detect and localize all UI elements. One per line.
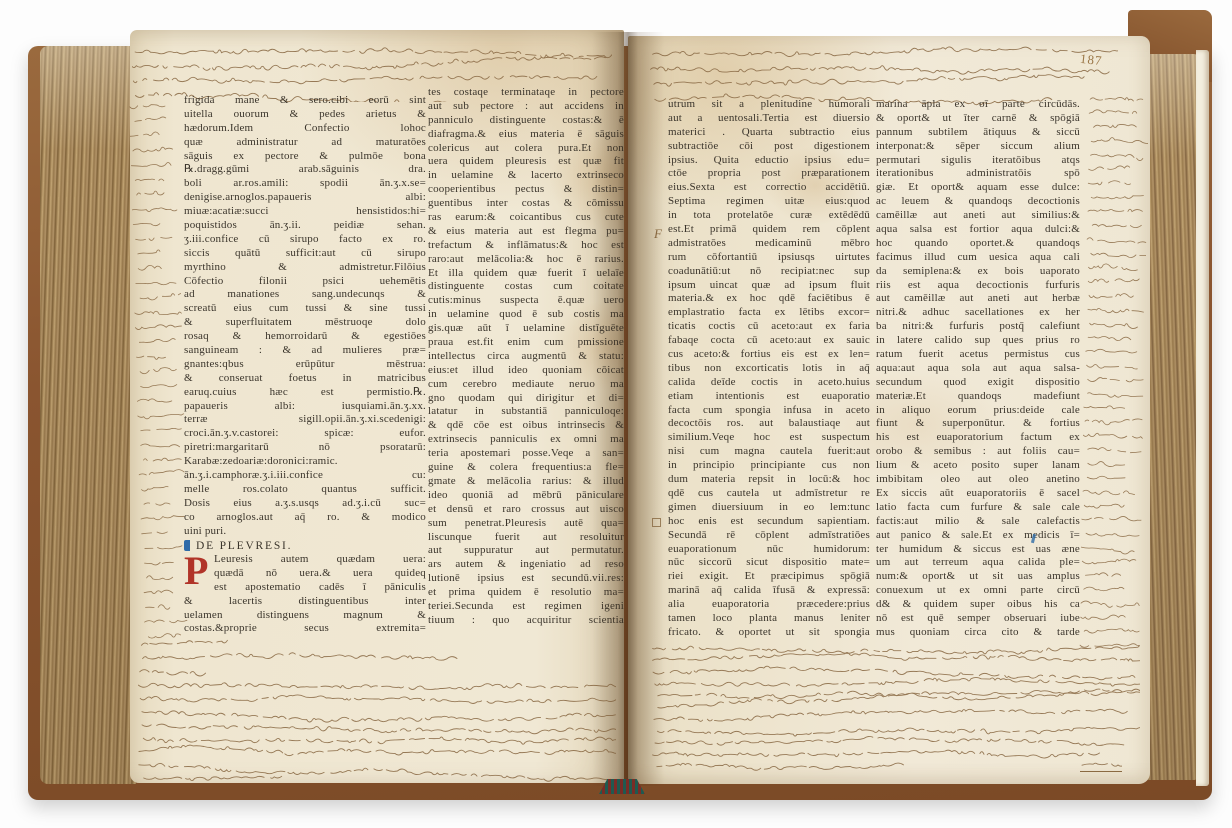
text-line: ba nitri:& furfuris postq̄ calefiunt <box>876 320 1080 334</box>
text-line: co arnoglos.aut aq̄ ro. & modico <box>184 511 426 525</box>
text-line: Dosis eius a.ʒ.s.usqs ad.ʒ.i.cū suc= <box>184 497 426 511</box>
text-line: nō est quē semper obseruari iube <box>876 612 1080 626</box>
text-line: distinguente costas cum coitate <box>428 280 624 294</box>
right-page: 187 utrum sit a plenitudine humoraliaut … <box>628 36 1150 784</box>
text-line: screatū eius cum tussi & sine tussi <box>184 302 426 316</box>
text-line: emplastratio facta ex lētibs excor= <box>668 306 870 320</box>
handwritten-note-top-right <box>650 46 1118 106</box>
margin-letter-mark: F <box>654 226 662 242</box>
red-initial-letter: P <box>184 554 209 583</box>
text-line: admistratōes medicaminū mēbro <box>668 237 870 251</box>
text-line: ipsius. Quita eductio ipsius edu= <box>668 154 870 168</box>
text-line: ter humidum & siccus est uas æne <box>876 543 1080 557</box>
text-line: denigise.arnoglos.papaueris albi: <box>184 191 426 205</box>
text-line: quæ administratur ad maturatōes <box>184 136 426 150</box>
text-line: eius:et illud ideo quoniam cōicat <box>428 364 624 378</box>
text-line: subtractiōe cōi post digestionem <box>668 140 870 154</box>
text-line: gmate & melācolia rarius: & illud <box>428 475 624 489</box>
text-line: alia euaporatoria præcedere:prius <box>668 598 870 612</box>
text-line: & qdē cōe est oibus intrinsecis & <box>428 419 624 433</box>
text-line: uini puri. <box>184 525 426 539</box>
text-line: ipsum uincat quæ ad ipsum fluit <box>668 279 870 293</box>
text-line: rum cōfortantiū ipsiusqs uirtutes <box>668 251 870 265</box>
printed-column-1-left: frigida mane & sero.cibi eorū sintuitell… <box>184 94 426 638</box>
column-text: Leuresis autem quædam uera:quædā nō uera… <box>184 553 426 636</box>
text-line: cum cerebro mediaute neruo ma <box>428 378 624 392</box>
text-line: etiam intentionis est euaporatio <box>668 390 870 404</box>
folio-number: 187 <box>1079 51 1103 69</box>
text-line: teriei.Secunda est regimen igeni <box>428 600 624 614</box>
text-line: nitri.& adhuc sacellationes ex her <box>876 306 1080 320</box>
text-line: factis:aut milio & sale calefactis <box>876 515 1080 529</box>
text-line: teria apostemari posse.Veqe a san= <box>428 447 624 461</box>
text-line: poquistidos ān.ʒ.ii. peidiæ sehan. <box>184 219 426 233</box>
text-line: riei exigit. Et præcipimus spōgiā <box>668 570 870 584</box>
text-line: calida deīde coctis in aceto.huius <box>668 376 870 390</box>
text-line: fabaqe cocta cū aceto:aut ex sauic <box>668 334 870 348</box>
text-line: hoc enis est secundum sapientiam. <box>668 515 870 529</box>
text-line: similium.Veqe hoc est suspectum <box>668 431 870 445</box>
text-line: conuexum ut ex omni parte circū <box>876 584 1080 598</box>
text-line: boli ar.ros.amili: spodii ān.ʒ.x.se= <box>184 177 426 191</box>
text-line: secundum quod exigit dispositio <box>876 376 1080 390</box>
blue-paraph-icon <box>184 540 190 551</box>
text-line: Ex siccis aūt euaporatoriis ē sacel <box>876 487 1080 501</box>
text-line: tamen loco planta manus leniter <box>668 612 870 626</box>
text-line: lutionē ipsius est secundū.vii.res: <box>428 572 624 586</box>
text-line: fiunt & superponūtur. & fortius <box>876 417 1080 431</box>
text-line: uitella ouorum & pedes arietus & <box>184 108 426 122</box>
text-line: tiuum : quo acquiritur scientia <box>428 614 624 628</box>
text-line: num:& oport& ut sit uas amplus <box>876 570 1080 584</box>
text-line: & oport& ut īter carnē & spōgiā <box>876 112 1080 126</box>
text-line: latio facta cum furfure & sale cale <box>876 501 1080 515</box>
text-line: aut sub pectore : aut accidens in <box>428 100 624 114</box>
text-line: frigida mane & sero.cibi eorū sint <box>184 94 426 108</box>
text-line: intellectus circa augmentū & statu: <box>428 350 624 364</box>
text-line: gis.quæ aūt ī uelamine distīguēte <box>428 322 624 336</box>
text-line: tibus non excorticatis lotis in aq̄ <box>668 362 870 376</box>
text-line: lium & aceto posito super lanam <box>876 459 1080 473</box>
text-line: uelamen distinguens magnum & <box>184 609 426 623</box>
text-line: permutari sigulis iteratōibus atqs <box>876 154 1080 168</box>
text-line: hoc quando oportet.& quandoqs <box>876 237 1080 251</box>
text-line: Septima regimen uitæ eius:quod <box>668 195 870 209</box>
text-line: et prima quidem ē resolutio ma= <box>428 586 624 600</box>
page-block-fore-edge-right <box>1146 54 1198 780</box>
text-line: pannum subtilem ātiquus & siccū <box>876 126 1080 140</box>
text-line: latatur in substantiā panniculoqe: <box>428 405 624 419</box>
text-line: materici . Quarta subtractio eius <box>668 126 870 140</box>
text-line: liscunque fuerit aut resoluitur <box>428 531 624 545</box>
text-line: ideo quoniā ad mēbrū pāniculare <box>428 489 624 503</box>
text-line: marinā aq̄ calida īfusā & expressā: <box>668 584 870 598</box>
printed-column-2-left: tes costaqe terminataqe in pectoreaut su… <box>428 86 624 630</box>
text-line: um aut terreum aqua calida ple= <box>876 556 1080 570</box>
text-line: cutis:minus suspecta ē.quæ uero <box>428 294 624 308</box>
margin-square-mark <box>652 518 661 527</box>
text-line: in uelamine & lacerto extrinseco <box>428 169 624 183</box>
handwritten-word-mark <box>1080 758 1122 772</box>
text-line: est apostematio cadēs ī pāniculis <box>214 581 426 595</box>
text-line: ℞.dragg.gūmi arab.sāguinis dra. <box>184 163 426 177</box>
text-line: panniculo distinguente costas:& ē <box>428 114 624 128</box>
text-line: piretri:margaritarū nō psoratarū: <box>184 441 426 455</box>
handwritten-margin-notes-left <box>129 97 190 643</box>
text-line: qdē cus cautela ut admīstretur re <box>668 487 870 501</box>
chapter-paragraph: P Leuresis autem quædam uera:quædā nō ue… <box>184 553 426 636</box>
text-line: d& & quidem super oibus his ca <box>876 598 1080 612</box>
text-line: gno quodam qui dirigitur et di= <box>428 392 624 406</box>
page-block-edge-left <box>40 46 136 784</box>
text-line: sāguis ex pectore & pulmōe bona <box>184 150 426 164</box>
text-line: Karabæ:zedoariæ:doronici:ramic. <box>184 455 426 469</box>
text-line: his est euaporatorium factum ex <box>876 431 1080 445</box>
text-line: coadunātiū:ut nō recipiat:nec sup <box>668 265 870 279</box>
text-line: myrthino & admistretur.Filōius <box>184 261 426 275</box>
text-line: dum materia repsit in locū:& hoc <box>668 473 870 487</box>
text-line: sum penetrat.Pleuresis autē qua= <box>428 517 624 531</box>
text-line: ticatis coctis cū aceto:aut ex faria <box>668 320 870 334</box>
text-line: terræ sigill.opii.ān.ʒ.xi.scedenigi: <box>184 413 426 427</box>
handwritten-margin-notes-right <box>1079 92 1149 653</box>
printed-column-2-right: marina āpla ex oī parte circūdās.& oport… <box>876 98 1080 642</box>
loose-sheet-edge <box>1196 50 1209 786</box>
text-line: ad manationes sang.undecunqs & <box>184 288 426 302</box>
text-line: decoctōis ros. aut balaustiaqe aut <box>668 417 870 431</box>
text-line: praua est.fit enim cum pmissione <box>428 336 624 350</box>
text-line: facta cum spongia infusa in aceto <box>668 404 870 418</box>
text-line: aut a uentosali.Tertia est diuersio <box>668 112 870 126</box>
text-line: facimus illud cum uesica aqua cali <box>876 251 1080 265</box>
text-line: ratum fuerit acetus permistus cus <box>876 348 1080 362</box>
text-line: colericus aut colera pura.Et non <box>428 142 624 156</box>
text-line: & superfluitatem mēstruoqe dolo <box>184 316 426 330</box>
text-line: in aliquo eorum prius:deide cale <box>876 404 1080 418</box>
text-line: aut suppuratur aut permutatur. <box>428 544 624 558</box>
text-line: marina āpla ex oī parte circūdās. <box>876 98 1080 112</box>
text-line: est.Et primā quidem rem cōplent <box>668 223 870 237</box>
text-line: siccis quātū sufficit:aut cū sirupo <box>184 247 426 261</box>
handwritten-note-bottom-right <box>652 642 1140 772</box>
text-line: aut camēillæ aut aneti aut herbæ <box>876 292 1080 306</box>
text-line: ʒ.iii.confice cū sirupo facto ex ro. <box>184 233 426 247</box>
text-line: croci.ān.ʒ.v.castorei: spicæ: eufor. <box>184 427 426 441</box>
text-line: Cōfectio filonii psici uehemētis <box>184 275 426 289</box>
text-line: melle ros.colato quantus sufficit. <box>184 483 426 497</box>
text-line: nūc siccorū sicut dispositio mate= <box>668 556 870 570</box>
text-line: materiæ.Et quandoqs madefiunt <box>876 390 1080 404</box>
text-line: Et illa quidem quæ fuerit ī uelaīe <box>428 267 624 281</box>
text-line: & lacertis distinguentibus inter <box>184 595 426 609</box>
book-photograph: frigida mane & sero.cibi eorū sintuitell… <box>0 0 1232 828</box>
text-line: orobo & semibus : aut foliis cau= <box>876 445 1080 459</box>
text-line: interponat:& sēper siccum alium <box>876 140 1080 154</box>
text-line: rosaq & hemorroidarū & egestiōes <box>184 330 426 344</box>
chapter-heading: DE PLEVRESI. <box>196 540 292 552</box>
text-line: aqua salsa est fortior aqua dulci:& <box>876 223 1080 237</box>
text-line: papaueris albi: iusquiami.ān.ʒ.xx. <box>184 400 426 414</box>
text-line: imbibitam oleo aut oleo anetino <box>876 473 1080 487</box>
text-line: fricato. & oportet ut sit spongia <box>668 626 870 640</box>
text-line: utrum sit a plenitudine humorali <box>668 98 870 112</box>
text-line: Secundā rē cōplent admīstratiōes <box>668 529 870 543</box>
text-line: ac leuem & quandoqs decoctionis <box>876 195 1080 209</box>
text-line: in uelamine quod ē sub costis ma <box>428 308 624 322</box>
text-line: aut panico & sale.Et ex medicis ī= <box>876 529 1080 543</box>
text-line: aqua:aut aqua sola aut aqua salsa- <box>876 362 1080 376</box>
text-line: in principio principiante cus non <box>668 459 870 473</box>
text-line: ars autem & ingeniatio ad reso <box>428 558 624 572</box>
text-line: costas.&proprie secus extremita= <box>184 622 426 636</box>
text-line: raro:aut melācolia:& hoc ē rarius. <box>428 253 624 267</box>
text-line: ras earum:& coicantibus cus cute <box>428 211 624 225</box>
text-line: cooperientibus pectus & distin= <box>428 183 624 197</box>
text-line: earuq.cuius hæc est permistio.℞. <box>184 386 426 400</box>
text-line: gnantes:qbus erūpūtur mēstrua: <box>184 358 426 372</box>
text-line: da semiplena:& ex bois uaporato <box>876 265 1080 279</box>
text-line: in tota protelatōe curæ extēdēdū <box>668 209 870 223</box>
text-line: extrinsecis panniculis ex omni ma <box>428 433 624 447</box>
text-line: & conseruat foetus in matricibus <box>184 372 426 386</box>
text-line: sanguineam : & ad mulieres præ= <box>184 344 426 358</box>
handwritten-note-bottom-left <box>138 638 616 784</box>
text-line: quædā nō uera.& uera quideq <box>214 567 426 581</box>
text-line: camēillæ aut aneti aut similius:& <box>876 209 1080 223</box>
text-line: materia.& ex hoc qdē faciētibus ē <box>668 292 870 306</box>
text-line: guentibus inter costas & cōmissu <box>428 197 624 211</box>
text-line: in latere calido sup ques prius ro <box>876 334 1080 348</box>
text-line: gimen diuersiuum in eo lem:tunc <box>668 501 870 515</box>
column-text: frigida mane & sero.cibi eorū sintuitell… <box>184 94 426 539</box>
text-line: guine & colera frequentius:a fle= <box>428 461 624 475</box>
printed-column-1-right: utrum sit a plenitudine humoraliaut a ue… <box>668 98 870 642</box>
text-line: diafragma.& eius materia ē sāguis <box>428 128 624 142</box>
text-line: nisi cum magna cautela fuerit:aut <box>668 445 870 459</box>
text-line: miuæ:acatiæ:succi hensistidos:hi= <box>184 205 426 219</box>
text-line: & eius materia aut est flegma pu= <box>428 225 624 239</box>
text-line: eius.Sexta est correctio accidētiū. <box>668 181 870 195</box>
text-line: mus quoniam circa cito & tarde <box>876 626 1080 640</box>
text-line: ctōe propria post præparationem <box>668 167 870 181</box>
text-line: riis est aqua decoctionis furfuris <box>876 279 1080 293</box>
text-line: giæ. Et oport& aquam esse dulce: <box>876 181 1080 195</box>
text-line: ān.ʒ.i.camphoræ.ʒ.i.iii.confice cu: <box>184 469 426 483</box>
text-line: euaporationum nūc humidorum: <box>668 543 870 557</box>
chapter-heading-row: DE PLEVRESI. <box>184 539 426 554</box>
text-line: Leuresis autem quædam uera: <box>214 553 426 567</box>
text-line: et densū et raro crossus aut uisco <box>428 503 624 517</box>
text-line: hædorum.Idem Confectio lohoc <box>184 122 426 136</box>
text-line: cus aceto:& fortius eis est ex len= <box>668 348 870 362</box>
text-line: tes costaqe terminataqe in pectore <box>428 86 624 100</box>
left-page: frigida mane & sero.cibi eorū sintuitell… <box>130 30 624 783</box>
text-line: iterationibus administratōis spō <box>876 167 1080 181</box>
text-line: uera quidem pleuresis est quæ fit <box>428 155 624 169</box>
text-line: trefactum & inflāmatus:& hoc est <box>428 239 624 253</box>
